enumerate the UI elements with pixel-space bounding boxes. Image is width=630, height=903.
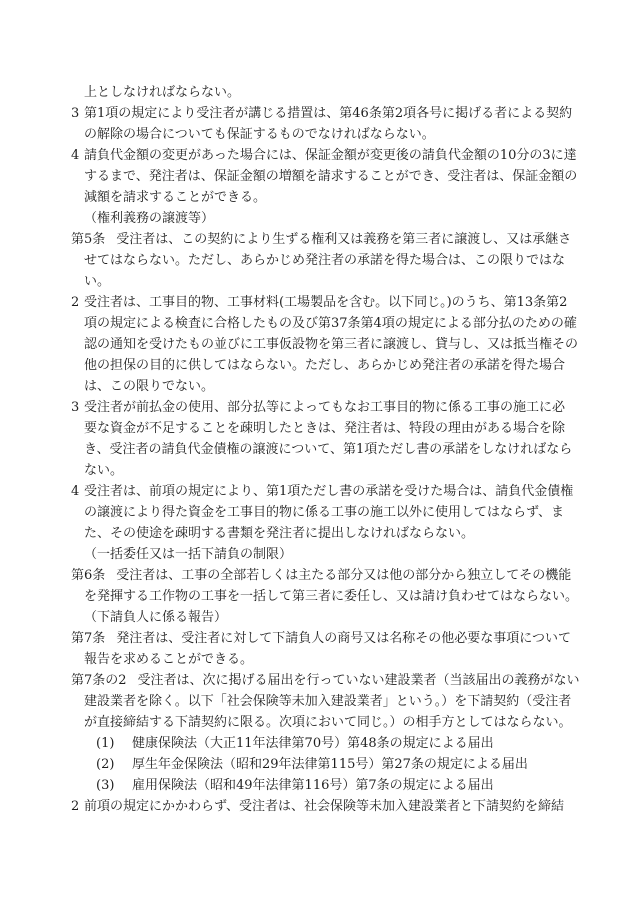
line-text: （一括委任又は一括下請負の制限） bbox=[84, 547, 292, 562]
line-text: は、この限りでない。 bbox=[84, 379, 214, 394]
line-text: 減額を請求することができる。 bbox=[84, 190, 266, 205]
text-line: の解除の場合についても保証するものでなければならない。 bbox=[71, 124, 571, 145]
line-text: ない。 bbox=[84, 463, 123, 478]
text-line: き、受注者の請負代金債権の譲渡について、第1項ただし書の承諾をしなければなら bbox=[71, 439, 571, 460]
text-line: (1)健康保険法（大正11年法律第70号）第48条の規定による届出 bbox=[71, 733, 571, 754]
item-marker: 第7条の2 bbox=[71, 670, 127, 691]
line-text: 上としなければならない。 bbox=[84, 85, 240, 100]
text-line: 3第1項の規定により受注者が講じる措置は、第46条第2項各号に掲げる者による契約 bbox=[71, 103, 571, 124]
line-text: 建設業者を除く。以下「社会保険等未加入建設業者」という。）を下請契約（受注者 bbox=[84, 694, 571, 709]
document-page: 上としなければならない。3第1項の規定により受注者が講じる措置は、第46条第2項… bbox=[0, 0, 630, 903]
line-text: が直接締結する下請契約に限る。次項において同じ。）の相手方としてはならない。 bbox=[84, 715, 572, 730]
line-text: 厚生年金保険法（昭和29年法律第115号）第27条の規定による届出 bbox=[132, 757, 528, 772]
text-line: （下請負人に係る報告） bbox=[71, 607, 571, 628]
item-marker: 3 bbox=[71, 103, 84, 124]
line-text: （権利義務の譲渡等） bbox=[84, 211, 214, 226]
item-marker: 3 bbox=[71, 397, 84, 418]
line-text: 項の規定による検査に合格したもの及び第37条第4項の規定による部分払のための確 bbox=[84, 316, 577, 331]
text-line: を発揮する工作物の工事を一括して第三者に委任し、又は請け負わせてはならない。 bbox=[71, 586, 571, 607]
text-line: 第6条受注者は、工事の全部若しくは主たる部分又は他の部分から独立してその機能 bbox=[71, 565, 571, 586]
text-line: (2)厚生年金保険法（昭和29年法律第115号）第27条の規定による届出 bbox=[71, 754, 571, 775]
item-marker: 第7条 bbox=[71, 628, 105, 649]
line-text: 健康保険法（大正11年法律第70号）第48条の規定による届出 bbox=[132, 736, 494, 751]
text-line: の譲渡により得た資金を工事目的物に係る工事の施工以外に使用してはならず、ま bbox=[71, 502, 571, 523]
text-line: 2受注者は、工事目的物、工事材料(工場製品を含む。以下同じ。)のうち、第13条第… bbox=[71, 292, 571, 313]
item-marker: (3) bbox=[96, 775, 132, 796]
line-text: 雇用保険法（昭和49年法律第116号）第7条の規定による届出 bbox=[132, 778, 494, 793]
line-text: 受注者は、工事目的物、工事材料(工場製品を含む。以下同じ。)のうち、第13条第2 bbox=[84, 295, 567, 310]
line-text: せてはならない。ただし、あらかじめ発注者の承諾を得た場合は、この限りではな bbox=[84, 253, 565, 268]
line-text: た、その使途を疎明する書類を発注者に提出しなければならない。 bbox=[84, 526, 474, 541]
line-text: を発揮する工作物の工事を一括して第三者に委任し、又は請け負わせてはならない。 bbox=[84, 589, 578, 604]
line-text: 受注者は、前項の規定により、第1項ただし書の承諾を受けた場合は、請負代金債権 bbox=[84, 484, 573, 499]
text-line: は、この限りでない。 bbox=[71, 376, 571, 397]
line-text: 報告を求めることができる。 bbox=[84, 652, 253, 667]
text-line: するまで、発注者は、保証金額の増額を請求することができ、受注者は、保証金額の bbox=[71, 166, 571, 187]
item-marker: 2 bbox=[71, 796, 84, 817]
line-text: 第1項の規定により受注者が講じる措置は、第46条第2項各号に掲げる者による契約 bbox=[84, 106, 572, 121]
line-text: 認の通知を受けたもの並びに工事仮設物を第三者に譲渡し、貸与し、又は抵当権その bbox=[84, 337, 578, 352]
text-line: （一括委任又は一括下請負の制限） bbox=[71, 544, 571, 565]
line-text: 受注者は、この契約により生ずる権利又は義務を第三者に譲渡し、又は承継さ bbox=[116, 232, 571, 247]
text-line: 項の規定による検査に合格したもの及び第37条第4項の規定による部分払のための確 bbox=[71, 313, 571, 334]
text-line: 減額を請求することができる。 bbox=[71, 187, 571, 208]
item-marker: (2) bbox=[96, 754, 132, 775]
text-line: 4請負代金額の変更があった場合には、保証金額が変更後の請負代金額の10分の3に達 bbox=[71, 145, 571, 166]
line-text: 要な資金が不足することを疎明したときは、発注者は、特段の理由がある場合を除 bbox=[84, 421, 565, 436]
text-line: (3)雇用保険法（昭和49年法律第116号）第7条の規定による届出 bbox=[71, 775, 571, 796]
text-line: 他の担保の目的に供してはならない。ただし、あらかじめ発注者の承諾を得た場合 bbox=[71, 355, 571, 376]
text-line: が直接締結する下請契約に限る。次項において同じ。）の相手方としてはならない。 bbox=[71, 712, 571, 733]
text-line: ない。 bbox=[71, 460, 571, 481]
text-line: （権利義務の譲渡等） bbox=[71, 208, 571, 229]
text-line: た、その使途を疎明する書類を発注者に提出しなければならない。 bbox=[71, 523, 571, 544]
line-text: 受注者が前払金の使用、部分払等によってもなお工事目的物に係る工事の施工に必 bbox=[84, 400, 565, 415]
line-text: 他の担保の目的に供してはならない。ただし、あらかじめ発注者の承諾を得た場合 bbox=[84, 358, 565, 373]
text-line: 3受注者が前払金の使用、部分払等によってもなお工事目的物に係る工事の施工に必 bbox=[71, 397, 571, 418]
line-text: の譲渡により得た資金を工事目的物に係る工事の施工以外に使用してはならず、ま bbox=[84, 505, 564, 520]
text-line: 2前項の規定にかかわらず、受注者は、社会保険等未加入建設業者と下請契約を締結 bbox=[71, 796, 571, 817]
line-text: （下請負人に係る報告） bbox=[84, 610, 227, 625]
line-text: 受注者は、次に掲げる届出を行っていない建設業者（当該届出の義務がない bbox=[138, 673, 580, 688]
text-line: 第5条受注者は、この契約により生ずる権利又は義務を第三者に譲渡し、又は承継さ bbox=[71, 229, 571, 250]
line-text: 前項の規定にかかわらず、受注者は、社会保険等未加入建設業者と下請契約を締結 bbox=[84, 799, 564, 814]
text-line: 第7条の2受注者は、次に掲げる届出を行っていない建設業者（当該届出の義務がない bbox=[71, 670, 571, 691]
item-marker: 4 bbox=[71, 145, 84, 166]
text-line: 認の通知を受けたもの並びに工事仮設物を第三者に譲渡し、貸与し、又は抵当権その bbox=[71, 334, 571, 355]
item-marker: (1) bbox=[96, 733, 132, 754]
text-line: 第7条発注者は、受注者に対して下請負人の商号又は名称その他必要な事項について bbox=[71, 628, 571, 649]
text-line: 建設業者を除く。以下「社会保険等未加入建設業者」という。）を下請契約（受注者 bbox=[71, 691, 571, 712]
text-line: 上としなければならない。 bbox=[71, 82, 571, 103]
text-line: 4受注者は、前項の規定により、第1項ただし書の承諾を受けた場合は、請負代金債権 bbox=[71, 481, 571, 502]
item-marker: 第6条 bbox=[71, 565, 105, 586]
item-marker: 第5条 bbox=[71, 229, 105, 250]
line-text: き、受注者の請負代金債権の譲渡について、第1項ただし書の承諾をしなければなら bbox=[84, 442, 572, 457]
document-body: 上としなければならない。3第1項の規定により受注者が講じる措置は、第46条第2項… bbox=[71, 82, 571, 817]
line-text: 受注者は、工事の全部若しくは主たる部分又は他の部分から独立してその機能 bbox=[116, 568, 571, 583]
line-text: 請負代金額の変更があった場合には、保証金額が変更後の請負代金額の10分の3に達 bbox=[84, 148, 577, 163]
line-text: 発注者は、受注者に対して下請負人の商号又は名称その他必要な事項について bbox=[116, 631, 571, 646]
text-line: せてはならない。ただし、あらかじめ発注者の承諾を得た場合は、この限りではな bbox=[71, 250, 571, 271]
line-text: するまで、発注者は、保証金額の増額を請求することができ、受注者は、保証金額の bbox=[84, 169, 577, 184]
text-line: 報告を求めることができる。 bbox=[71, 649, 571, 670]
item-marker: 2 bbox=[71, 292, 84, 313]
text-line: い。 bbox=[71, 271, 571, 292]
line-text: い。 bbox=[84, 274, 110, 289]
text-line: 要な資金が不足することを疎明したときは、発注者は、特段の理由がある場合を除 bbox=[71, 418, 571, 439]
item-marker: 4 bbox=[71, 481, 84, 502]
line-text: の解除の場合についても保証するものでなければならない。 bbox=[84, 127, 435, 142]
